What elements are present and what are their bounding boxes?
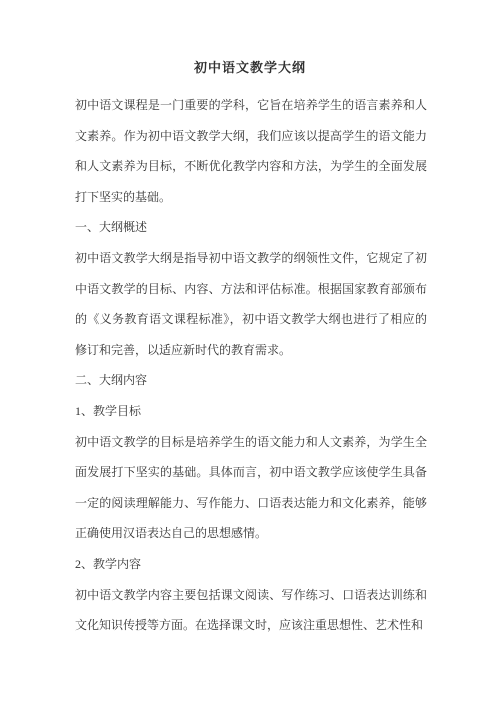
paragraph-teaching-content: 初中语文教学内容主要包括课文阅读、写作练习、口语表达训练和文化知识传授等方面。在… — [75, 580, 427, 641]
section-heading-overview: 一、大纲概述 — [75, 212, 427, 243]
subsection-heading-teaching-goals: 1、教学目标 — [75, 396, 427, 427]
paragraph-intro: 初中语文课程是一门重要的学科，它旨在培养学生的语言素养和人文素养。作为初中语文教… — [75, 90, 427, 212]
document-page: 初中语文教学大纲 初中语文课程是一门重要的学科，它旨在培养学生的语言素养和人文素… — [0, 0, 500, 707]
document-title: 初中语文教学大纲 — [0, 0, 500, 78]
paragraph-teaching-goals: 初中语文教学的目标是培养学生的语文能力和人文素养，为学生全面发展打下坚实的基础。… — [75, 427, 427, 549]
subsection-heading-teaching-content: 2、教学内容 — [75, 549, 427, 580]
paragraph-overview: 初中语文教学大纲是指导初中语文教学的纲领性文件，它规定了初中语文教学的目标、内容… — [75, 243, 427, 365]
section-heading-content: 二、大纲内容 — [75, 365, 427, 396]
document-body: 初中语文课程是一门重要的学科，它旨在培养学生的语言素养和人文素养。作为初中语文教… — [75, 90, 427, 641]
